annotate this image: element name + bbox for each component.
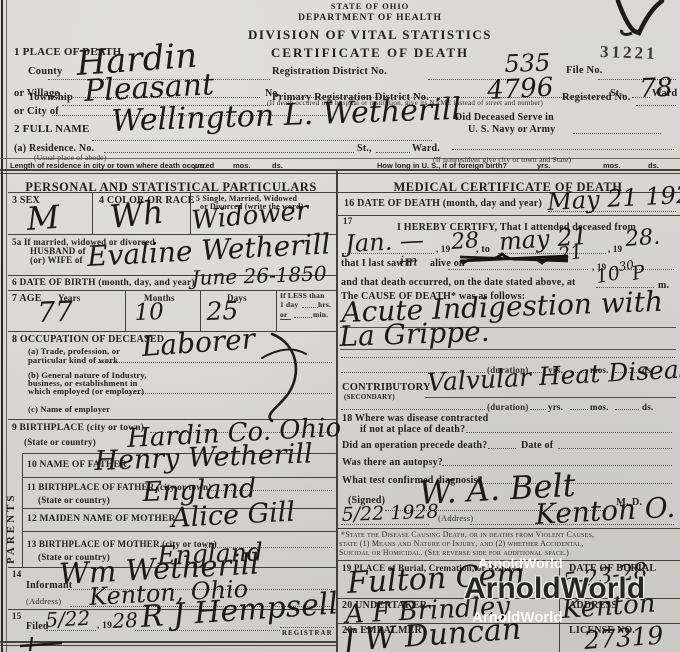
yrs-label-2: yrs.	[537, 161, 550, 170]
age-months-value: 10	[134, 299, 164, 326]
if-less-label-2: 1 day	[280, 300, 298, 309]
scribble-icon	[458, 248, 570, 270]
mos-label: mos.	[233, 161, 251, 170]
occupation-a-label-2: particular kind of work	[28, 355, 118, 365]
item-15: 15	[12, 611, 21, 621]
min-label: min.	[313, 310, 328, 319]
dotted-line	[573, 133, 661, 134]
age-years-value: 77	[37, 295, 74, 329]
item-14: 14	[12, 569, 21, 579]
dotted-line	[530, 409, 546, 410]
occupation-c-label: (c) Name of employer	[28, 404, 110, 414]
column-divider	[336, 170, 338, 652]
village-label: or Village	[14, 88, 59, 99]
city-label: or City of	[14, 106, 59, 117]
duration-mos-2: mos.	[590, 402, 609, 412]
dotted-line	[636, 105, 676, 106]
contributory-value: Valvular Heat Disease	[426, 353, 680, 397]
dotted-line	[570, 409, 588, 410]
header-dept: DEPARTMENT OF HEALTH	[40, 13, 680, 23]
signed-date-value: 5/22 1928	[341, 501, 439, 526]
if-less-label-1: If LESS than	[280, 291, 325, 300]
primary-district-value: 4796	[486, 73, 554, 106]
father-name-value: Henry Wetherill	[94, 438, 313, 477]
dotted-line	[280, 627, 334, 628]
duration-ds-2: ds.	[642, 402, 653, 412]
occupation-value: Laborer	[141, 322, 256, 363]
dob-value: June 26-1850	[191, 261, 327, 290]
dotted-line	[488, 448, 516, 449]
watermark-large: ArnoldWorld	[464, 572, 645, 606]
filed-year-value: 28	[112, 608, 139, 633]
residence-ward-label: Ward.	[412, 143, 440, 154]
rule-line	[425, 397, 676, 398]
death-occurred-statement: and that death occurred, on the date sta…	[341, 277, 576, 288]
served-label-1: Did Deceased Serve in	[455, 112, 554, 123]
physician-address-label: (Address)	[438, 513, 473, 523]
dotted-line	[294, 317, 312, 318]
hrs-label: hrs.	[318, 300, 331, 309]
village-st-label: St.,	[610, 88, 625, 99]
printed-19-a: , 19	[436, 244, 450, 254]
printed-19-b: , 19	[608, 244, 622, 254]
secondary-label: (SECONDARY)	[344, 393, 395, 401]
ds-label: ds.	[272, 161, 283, 170]
date-of-death-label: 16 DATE OF DEATH (month, day and year)	[344, 198, 542, 209]
duration-label-2: (duration)	[487, 402, 529, 412]
scan-edge-line	[1, 0, 3, 652]
pen-mark-icon	[612, 0, 670, 38]
cell-divider	[92, 192, 93, 234]
dotted-line	[104, 152, 354, 153]
residence-st-label: St.,	[357, 143, 372, 154]
registration-district-label: Registration District No.	[272, 66, 387, 77]
autopsy-question: Was there an autopsy?	[342, 457, 443, 468]
pen-flourish-icon	[258, 328, 310, 424]
dotted-line	[302, 307, 318, 308]
footnote-line-2: state (1) Means and Nature of Injury, an…	[339, 539, 584, 548]
contributory-label: CONTRIBUTORY	[342, 382, 431, 393]
header-state: STATE OF OHIO	[40, 1, 680, 11]
dob-label: 6 DATE OF BIRTH (month, day, and year)	[12, 278, 195, 288]
ds-label-2: ds.	[648, 161, 659, 170]
mother-maiden-value: Alice Gill	[170, 497, 295, 534]
registered-no-value: 78	[639, 73, 673, 104]
color-race-value: Wh	[108, 193, 165, 236]
or-label: or	[280, 310, 287, 319]
dotted-line	[615, 409, 639, 410]
watermark-small-top: ArnoldWorld	[478, 555, 563, 571]
q18-label-2: if not at place of death?	[360, 424, 465, 435]
mos-label-2: mos.	[603, 161, 621, 170]
dotted-line	[341, 409, 485, 410]
file-no-stamp: 31221	[600, 42, 658, 64]
item-17: 17	[343, 216, 352, 226]
q18-label-1: 18 Where was disease contracted	[342, 413, 488, 424]
how-long-label: How long in U. S., if of foreign birth?	[377, 161, 507, 170]
license-no-value: 27319	[583, 621, 664, 652]
served-label-2: U. S. Navy or Army	[468, 124, 555, 135]
rule-line	[338, 215, 680, 216]
yrs-label: yrs.	[193, 161, 206, 170]
cause-value-2: La Grippe.	[339, 315, 490, 353]
rule-line	[280, 319, 291, 320]
occupation-b-label-3: which employed (or employer)	[28, 386, 144, 396]
spouse-label-3: (or) WIFE of	[30, 255, 83, 265]
filed-19-label: , 19	[97, 621, 112, 631]
dotted-line	[452, 149, 674, 150]
registrar-label: REGISTRAR	[282, 629, 333, 637]
attended-to-year: 28.	[624, 225, 661, 252]
age-days-value: 25	[206, 296, 239, 326]
state-country-label: (State or country)	[24, 437, 96, 447]
footnote-line-1: *State the Disease Causing Death, or in …	[341, 530, 594, 539]
length-of-residence-label: Length of residence in city or town wher…	[10, 161, 214, 170]
parents-divider	[22, 453, 23, 567]
mother-maiden-label: 12 MAIDEN NAME OF MOTHER	[27, 514, 176, 524]
county-label: County	[28, 66, 62, 77]
cell-divider	[276, 290, 277, 331]
last-saw-him-scribble: im	[399, 253, 417, 270]
dotted-line	[466, 432, 672, 433]
dotted-line	[92, 140, 432, 141]
filed-date-value: 5/22	[45, 606, 91, 632]
birthplace-label: 9 BIRTHPLACE (city or town)	[12, 423, 144, 433]
watermark-small-bottom: ArnoldWorld	[472, 609, 563, 626]
operation-date-label: Date of	[521, 440, 553, 451]
dotted-line	[558, 448, 672, 449]
rule-line	[0, 173, 680, 174]
informant-address-label: (Address)	[26, 596, 61, 606]
left-column-header: PERSONAL AND STATISTICAL PARTICULARS	[8, 180, 334, 195]
operation-question: Did an operation precede death?	[342, 440, 487, 451]
rule-line	[338, 528, 680, 529]
dotted-line	[376, 152, 410, 153]
death-time-value-3: P	[630, 261, 646, 285]
sex-value: M	[25, 198, 60, 238]
pen-cross-icon	[18, 636, 66, 652]
parents-label: PARENTS	[5, 478, 17, 564]
state-country-label-2: (State or country)	[38, 495, 110, 505]
death-certificate-document: STATE OF OHIO DEPARTMENT OF HEALTH DIVIS…	[0, 0, 680, 652]
full-name-label: 2 FULL NAME	[14, 123, 90, 135]
duration-yrs-2: yrs.	[548, 402, 563, 412]
file-no-label: File No.	[566, 65, 603, 76]
cell-divider	[125, 290, 126, 331]
